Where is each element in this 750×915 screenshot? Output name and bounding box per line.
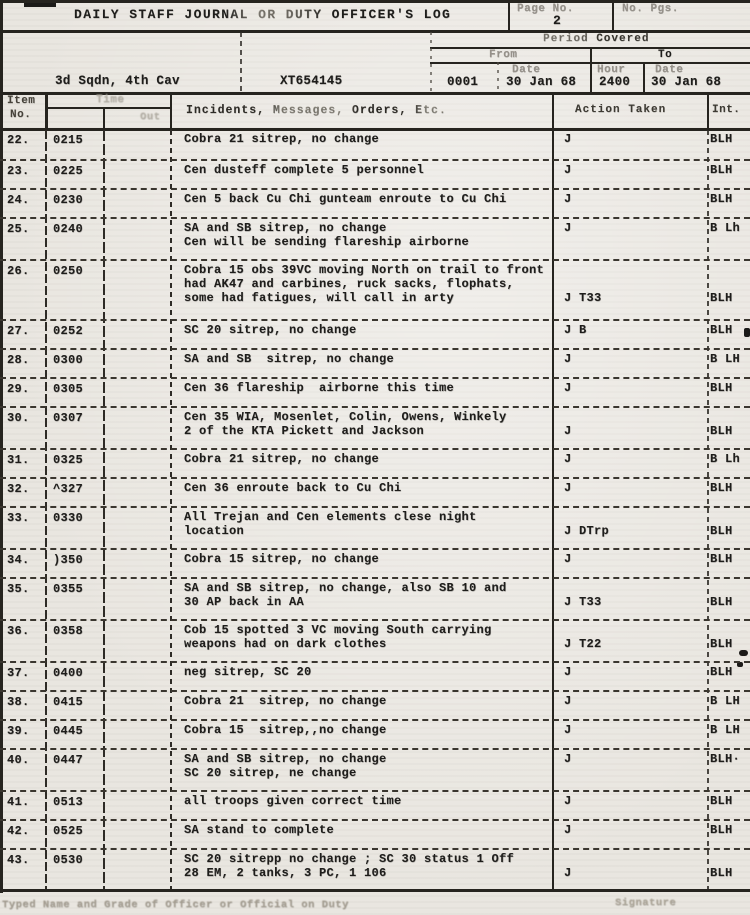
incident-text: all troops given correct time bbox=[184, 794, 402, 808]
log-row: 24.0230Cen 5 back Cu Chi gunteam enroute… bbox=[0, 188, 750, 217]
item-number: 40. bbox=[7, 753, 30, 767]
incident-line: Cobra 15 sitrep,,no change bbox=[184, 723, 387, 737]
to-hour-value: 2400 bbox=[599, 75, 630, 89]
time-value: 0415 bbox=[53, 695, 83, 709]
time-value: 0447 bbox=[53, 753, 83, 767]
incident-line: SA and SB sitrep, no change bbox=[184, 221, 469, 235]
incident-text: Cen 5 back Cu Chi gunteam enroute to Cu … bbox=[184, 192, 507, 206]
action-taken-value: J bbox=[564, 665, 572, 679]
incident-line: 28 EM, 2 tanks, 3 PC, 1 106 bbox=[184, 866, 514, 880]
item-number: 34. bbox=[7, 553, 30, 567]
time-value: 0240 bbox=[53, 222, 83, 236]
action-taken-value: J bbox=[564, 866, 572, 880]
pageno-box-left bbox=[508, 0, 510, 31]
item-number: 30. bbox=[7, 411, 30, 425]
log-row: 35.0355SA and SB sitrep, no change, also… bbox=[0, 577, 750, 619]
item-number: 27. bbox=[7, 324, 30, 338]
footer-certification-label: Typed Name and Grade of Officer or Offic… bbox=[2, 899, 349, 911]
initials-value: BLH bbox=[710, 192, 733, 206]
initials-value: BLH bbox=[710, 637, 733, 651]
incident-text: Cen 36 enroute back to Cu Chi bbox=[184, 481, 402, 495]
log-row: 32.^327Cen 36 enroute back to Cu ChiJBLH bbox=[0, 477, 750, 506]
incident-line: some had fatigues, will call in arty bbox=[184, 291, 544, 305]
org-location-divider bbox=[240, 32, 242, 92]
incident-text: SA and SB sitrep, no change bbox=[184, 352, 394, 366]
log-row: 22.0215Cobra 21 sitrep, no changeJBLH bbox=[0, 130, 750, 159]
hdr-v-action bbox=[552, 92, 554, 130]
incident-line: SA stand to complete bbox=[184, 823, 334, 837]
incident-text: Cen 35 WIA, Mosenlet, Colin, Owens, Wink… bbox=[184, 410, 507, 438]
log-row: 33.0330All Trejan and Cen elements clese… bbox=[0, 506, 750, 548]
action-taken-value: J bbox=[564, 723, 572, 737]
item-number: 39. bbox=[7, 724, 30, 738]
col-item-line2: No. bbox=[10, 109, 31, 121]
incident-text: neg sitrep, SC 20 bbox=[184, 665, 312, 679]
item-number: 22. bbox=[7, 133, 30, 147]
initials-value: BLH bbox=[710, 291, 733, 305]
initials-value: BLH bbox=[710, 163, 733, 177]
incident-text: Cobra 21 sitrep, no change bbox=[184, 694, 387, 708]
time-value: 0307 bbox=[53, 411, 83, 425]
time-value: 0355 bbox=[53, 582, 83, 596]
incident-text: Cen 36 flareship airborne this time bbox=[184, 381, 454, 395]
item-number: 42. bbox=[7, 824, 30, 838]
time-value: 0252 bbox=[53, 324, 83, 338]
hdr-v-item bbox=[45, 92, 48, 130]
location-period-divider bbox=[430, 32, 432, 92]
initials-value: BLH bbox=[710, 524, 733, 538]
incident-line: All Trejan and Cen elements clese night bbox=[184, 510, 477, 524]
col-int: Int. bbox=[712, 104, 740, 116]
item-number: 23. bbox=[7, 164, 30, 178]
log-row: 36.0358Cob 15 spotted 3 VC moving South … bbox=[0, 619, 750, 661]
incident-line: Cobra 15 obs 39VC moving North on trail … bbox=[184, 263, 544, 277]
action-taken-value: J bbox=[564, 481, 572, 495]
hdr-v-inout bbox=[103, 107, 105, 130]
log-row: 39.0445Cobra 15 sitrep,,no changeJB LH bbox=[0, 719, 750, 748]
initials-value: BLH bbox=[710, 323, 733, 337]
incident-line: SC 20 sitrep, no change bbox=[184, 323, 357, 337]
incident-text: Cobra 21 sitrep, no change bbox=[184, 452, 379, 466]
item-number: 37. bbox=[7, 666, 30, 680]
log-rows: 22.0215Cobra 21 sitrep, no changeJBLH23.… bbox=[0, 130, 750, 890]
incident-line: Cen 5 back Cu Chi gunteam enroute to Cu … bbox=[184, 192, 507, 206]
time-subdivider-rule bbox=[45, 107, 172, 109]
initials-value: BLH bbox=[710, 866, 733, 880]
action-taken-value: J bbox=[564, 163, 572, 177]
col-item-line1: Item bbox=[7, 95, 35, 107]
incident-text: SA stand to complete bbox=[184, 823, 334, 837]
incident-line: had AK47 and carbines, ruck sacks, floph… bbox=[184, 277, 544, 291]
log-row: 30.0307Cen 35 WIA, Mosenlet, Colin, Owen… bbox=[0, 406, 750, 448]
item-number: 41. bbox=[7, 795, 30, 809]
action-taken-value: J bbox=[564, 452, 572, 466]
action-taken-value: J bbox=[564, 192, 572, 206]
log-row: 28.0300SA and SB sitrep, no changeJB LH bbox=[0, 348, 750, 377]
initials-value: B LH bbox=[710, 694, 740, 708]
time-value: 0215 bbox=[53, 133, 83, 147]
action-taken-value: J T33 bbox=[564, 595, 602, 609]
initials-value: B LH bbox=[710, 352, 740, 366]
time-value: 0230 bbox=[53, 193, 83, 207]
initials-value: BLH bbox=[710, 794, 733, 808]
action-taken-value: J bbox=[564, 794, 572, 808]
action-taken-value: J bbox=[564, 132, 572, 146]
log-row: 42.0525SA stand to completeJBLH bbox=[0, 819, 750, 848]
initials-value: B Lh bbox=[710, 452, 740, 466]
from-to-divider bbox=[590, 47, 592, 92]
initials-value: BLH bbox=[710, 481, 733, 495]
from-hour-value: 0001 bbox=[447, 75, 478, 89]
log-row: 43.0530SC 20 sitrepp no change ; SC 30 s… bbox=[0, 848, 750, 890]
location-value: XT654145 bbox=[280, 74, 342, 88]
initials-value: BLH· bbox=[710, 752, 740, 766]
to-hour-date-divider bbox=[643, 62, 645, 92]
scanned-log-page: DAILY STAFF JOURNAL OR DUTY OFFICER'S LO… bbox=[0, 0, 750, 915]
incident-line: SC 20 sitrepp no change ; SC 30 status 1… bbox=[184, 852, 514, 866]
incident-text: Cobra 21 sitrep, no change bbox=[184, 132, 379, 146]
incident-text: Cobra 15 obs 39VC moving North on trail … bbox=[184, 263, 544, 305]
time-value: 0305 bbox=[53, 382, 83, 396]
incident-line: Cen 36 flareship airborne this time bbox=[184, 381, 454, 395]
log-row: 23.0225Cen dusteff complete 5 personnelJ… bbox=[0, 159, 750, 188]
time-value: )350 bbox=[53, 553, 83, 567]
incident-text: SC 20 sitrep, no change bbox=[184, 323, 357, 337]
time-value: 0445 bbox=[53, 724, 83, 738]
incident-text: SA and SB sitrep, no change, also SB 10 … bbox=[184, 581, 507, 609]
action-taken-value: J DTrp bbox=[564, 524, 609, 538]
action-taken-value: J bbox=[564, 552, 572, 566]
incident-line: SA and SB sitrep, no change, also SB 10 … bbox=[184, 581, 507, 595]
action-taken-value: J bbox=[564, 424, 572, 438]
organization-value: 3d Sqdn, 4th Cav bbox=[55, 74, 180, 88]
time-value: 0513 bbox=[53, 795, 83, 809]
action-taken-value: J B bbox=[564, 323, 587, 337]
incident-line: Cen 36 enroute back to Cu Chi bbox=[184, 481, 402, 495]
from-date-value: 30 Jan 68 bbox=[506, 75, 576, 89]
log-row: 41.0513all troops given correct timeJBLH bbox=[0, 790, 750, 819]
time-value: 0325 bbox=[53, 453, 83, 467]
hdr-v-int bbox=[707, 92, 709, 130]
no-pgs-label: No. Pgs. bbox=[622, 3, 679, 15]
log-row: 34.)350Cobra 15 sitrep, no changeJBLH bbox=[0, 548, 750, 577]
from-label: From bbox=[489, 49, 517, 61]
initials-value: B Lh bbox=[710, 221, 740, 235]
form-title: DAILY STAFF JOURNAL OR DUTY OFFICER'S LO… bbox=[74, 7, 451, 22]
item-number: 38. bbox=[7, 695, 30, 709]
incident-line: Cobra 15 sitrep, no change bbox=[184, 552, 379, 566]
item-number: 33. bbox=[7, 511, 30, 525]
incident-text: Cobra 15 sitrep, no change bbox=[184, 552, 379, 566]
period-covered-label: Period Covered bbox=[543, 33, 649, 45]
item-number: 31. bbox=[7, 453, 30, 467]
incident-line: Cobra 21 sitrep, no change bbox=[184, 132, 379, 146]
log-row: 27.0252SC 20 sitrep, no changeJ BBLH bbox=[0, 319, 750, 348]
time-value: 0358 bbox=[53, 624, 83, 638]
time-value: 0530 bbox=[53, 853, 83, 867]
incident-line: weapons had on dark clothes bbox=[184, 637, 492, 651]
bottom-border bbox=[0, 889, 750, 892]
item-number: 29. bbox=[7, 382, 30, 396]
col-action: Action Taken bbox=[575, 104, 666, 116]
action-taken-value: J T33 bbox=[564, 291, 602, 305]
incident-text: SC 20 sitrepp no change ; SC 30 status 1… bbox=[184, 852, 514, 880]
col-incidents: Incidents, Messages, Orders, Etc. bbox=[186, 104, 447, 117]
initials-value: BLH bbox=[710, 552, 733, 566]
time-value: 0400 bbox=[53, 666, 83, 680]
item-number: 43. bbox=[7, 853, 30, 867]
nopgs-box-left bbox=[612, 0, 614, 31]
action-taken-value: J T22 bbox=[564, 637, 602, 651]
action-taken-value: J bbox=[564, 823, 572, 837]
page-no-value: 2 bbox=[553, 13, 561, 28]
item-number: 25. bbox=[7, 222, 30, 236]
page-no-label: Page No. bbox=[517, 3, 574, 15]
log-row: 29.0305Cen 36 flareship airborne this ti… bbox=[0, 377, 750, 406]
time-value: 0225 bbox=[53, 164, 83, 178]
incident-text: SA and SB sitrep, no changeCen will be s… bbox=[184, 221, 469, 249]
incident-line: all troops given correct time bbox=[184, 794, 402, 808]
incident-line: location bbox=[184, 524, 477, 538]
incident-text: Cen dusteff complete 5 personnel bbox=[184, 163, 424, 177]
log-row: 37.0400neg sitrep, SC 20JBLH bbox=[0, 661, 750, 690]
incident-text: SA and SB sitrep, no changeSC 20 sitrep,… bbox=[184, 752, 387, 780]
incident-line: 30 AP back in AA bbox=[184, 595, 507, 609]
incident-text: Cob 15 spotted 3 VC moving South carryin… bbox=[184, 623, 492, 651]
log-row: 25.0240SA and SB sitrep, no changeCen wi… bbox=[0, 217, 750, 259]
action-taken-value: J bbox=[564, 381, 572, 395]
incident-line: Cobra 21 sitrep, no change bbox=[184, 694, 387, 708]
incident-line: SA and SB sitrep, no change bbox=[184, 352, 394, 366]
incident-text: Cobra 15 sitrep,,no change bbox=[184, 723, 387, 737]
to-label: To bbox=[658, 49, 672, 61]
time-value: 0525 bbox=[53, 824, 83, 838]
action-taken-value: J bbox=[564, 352, 572, 366]
log-row: 38.0415Cobra 21 sitrep, no changeJB LH bbox=[0, 690, 750, 719]
from-hour-date-divider bbox=[497, 62, 499, 92]
hdr-v-out-incidents bbox=[170, 92, 172, 130]
item-number: 35. bbox=[7, 582, 30, 596]
initials-value: BLH bbox=[710, 424, 733, 438]
initials-value: B LH bbox=[710, 723, 740, 737]
incident-line: neg sitrep, SC 20 bbox=[184, 665, 312, 679]
item-number: 26. bbox=[7, 264, 30, 278]
incident-line: Cen will be sending flareship airborne bbox=[184, 235, 469, 249]
incident-line: SA and SB sitrep, no change bbox=[184, 752, 387, 766]
item-number: 24. bbox=[7, 193, 30, 207]
incident-line: Cen dusteff complete 5 personnel bbox=[184, 163, 424, 177]
initials-value: BLH bbox=[710, 381, 733, 395]
time-value: 0330 bbox=[53, 511, 83, 525]
action-taken-value: J bbox=[564, 752, 572, 766]
log-row: 40.0447SA and SB sitrep, no changeSC 20 … bbox=[0, 748, 750, 790]
log-row: 26.0250Cobra 15 obs 39VC moving North on… bbox=[0, 259, 750, 319]
incident-line: Cobra 21 sitrep, no change bbox=[184, 452, 379, 466]
col-time: Time bbox=[96, 94, 124, 106]
time-value: ^327 bbox=[53, 482, 83, 496]
incident-line: SC 20 sitrep, ne change bbox=[184, 766, 387, 780]
to-date-value: 30 Jan 68 bbox=[651, 75, 721, 89]
time-value: 0300 bbox=[53, 353, 83, 367]
incident-text: All Trejan and Cen elements clese nightl… bbox=[184, 510, 477, 538]
time-value: 0250 bbox=[53, 264, 83, 278]
initials-value: BLH bbox=[710, 132, 733, 146]
action-taken-value: J bbox=[564, 694, 572, 708]
item-number: 32. bbox=[7, 482, 30, 496]
incident-line: Cob 15 spotted 3 VC moving South carryin… bbox=[184, 623, 492, 637]
item-number: 28. bbox=[7, 353, 30, 367]
incident-line: Cen 35 WIA, Mosenlet, Colin, Owens, Wink… bbox=[184, 410, 507, 424]
initials-value: BLH bbox=[710, 823, 733, 837]
action-taken-value: J bbox=[564, 221, 572, 235]
initials-value: BLH bbox=[710, 595, 733, 609]
col-time-out: Out bbox=[140, 111, 160, 123]
incident-line: 2 of the KTA Pickett and Jackson bbox=[184, 424, 507, 438]
initials-value: BLH bbox=[710, 665, 733, 679]
footer-signature-label: Signature bbox=[615, 897, 676, 909]
log-row: 31.0325Cobra 21 sitrep, no changeJB Lh bbox=[0, 448, 750, 477]
item-number: 36. bbox=[7, 624, 30, 638]
